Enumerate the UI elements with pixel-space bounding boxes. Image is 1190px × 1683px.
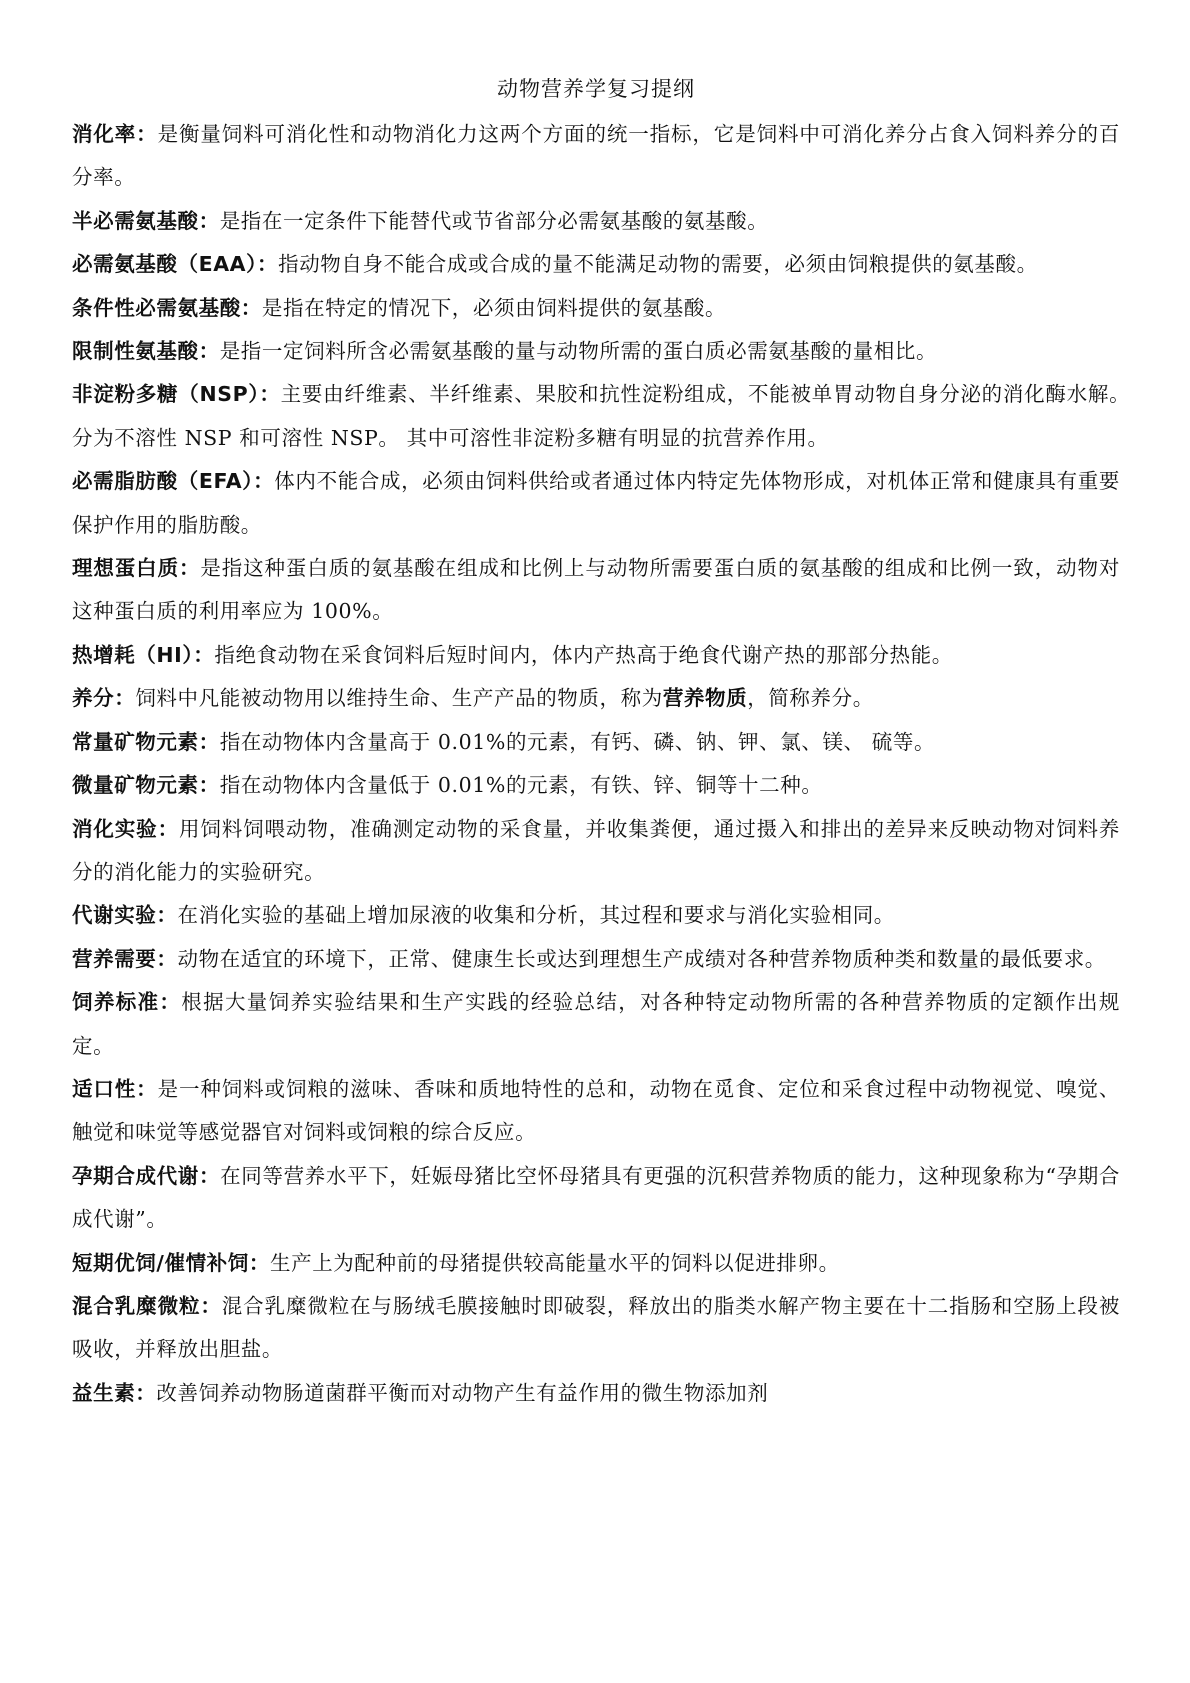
entry-digestion-trial: 消化实验：用饲料饲喂动物，准确测定动物的采食量，并收集粪便，通过摄入和排出的差异… — [72, 808, 1120, 895]
entry-conditionally-essential-amino-acid: 条件性必需氨基酸：是指在特定的情况下，必须由饲料提供的氨基酸。 — [72, 287, 1120, 330]
term-label: 非淀粉多糖（NSP）： — [72, 382, 281, 406]
entry-heat-increment: 热增耗（HI）：指绝食动物在采食饲料后短时间内，体内产热高于绝食代谢产热的那部分… — [72, 634, 1120, 677]
term-definition: 动物在适宜的环境下，正常、健康生长或达到理想生产成绩对各种营养物质种类和数量的最… — [178, 947, 1106, 971]
term-definition: 混合乳糜微粒在与肠绒毛膜接触时即破裂，释放出的脂类水解产物主要在十二指肠和空肠上… — [72, 1294, 1120, 1361]
term-definition: 根据大量饲养实验结果和生产实践的经验总结，对各种特定动物所需的各种营养物质的定额… — [72, 990, 1120, 1057]
entry-nutrient: 养分：饲料中凡能被动物用以维持生命、生产产品的物质，称为营养物质，简称养分。 — [72, 677, 1120, 720]
term-definition: 在同等营养水平下，妊娠母猪比空怀母猪具有更强的沉积营养物质的能力，这种现象称为“… — [72, 1164, 1120, 1231]
term-label: 孕期合成代谢： — [72, 1164, 220, 1188]
term-definition: 是指一定饲料所含必需氨基酸的量与动物所需的蛋白质必需氨基酸的量相比。 — [220, 339, 937, 363]
term-definition: 用饲料饲喂动物，准确测定动物的采食量，并收集粪便，通过摄入和排出的差异来反映动物… — [72, 817, 1120, 884]
entry-feeding-standard: 饲养标准：根据大量饲养实验结果和生产实践的经验总结，对各种特定动物所需的各种营养… — [72, 981, 1120, 1068]
term-emphasis: 营养物质 — [663, 686, 747, 710]
term-definition: 指绝食动物在采食饲料后短时间内，体内产热高于绝食代谢产热的那部分热能。 — [214, 643, 953, 667]
term-definition-tail: ，简称养分。 — [747, 686, 874, 710]
term-definition: 是指在一定条件下能替代或节省部分必需氨基酸的氨基酸。 — [220, 209, 769, 233]
entry-semi-essential-amino-acid: 半必需氨基酸：是指在一定条件下能替代或节省部分必需氨基酸的氨基酸。 — [72, 200, 1120, 243]
entry-digestibility: 消化率：是衡量饲料可消化性和动物消化力这两个方面的统一指标，它是饲料中可消化养分… — [72, 113, 1120, 200]
term-label: 微量矿物元素： — [72, 773, 220, 797]
entry-trace-minerals: 微量矿物元素：指在动物体内含量低于 0.01%的元素，有铁、锌、铜等十二种。 — [72, 764, 1120, 807]
term-definition: 饲料中凡能被动物用以维持生命、生产产品的物质，称为 — [135, 686, 663, 710]
term-label: 条件性必需氨基酸： — [72, 296, 262, 320]
term-label: 理想蛋白质： — [72, 556, 200, 580]
term-label: 营养需要： — [72, 947, 178, 971]
term-label: 必需氨基酸（EAA）： — [72, 252, 278, 276]
entry-flushing: 短期优饲/催情补饲：生产上为配种前的母猪提供较高能量水平的饲料以促进排卵。 — [72, 1242, 1120, 1285]
entry-probiotic: 益生素：改善饲养动物肠道菌群平衡而对动物产生有益作用的微生物添加剂 — [72, 1372, 1120, 1415]
term-label: 混合乳糜微粒： — [72, 1294, 222, 1318]
term-label: 代谢实验： — [72, 903, 178, 927]
entry-macro-minerals: 常量矿物元素：指在动物体内含量高于 0.01%的元素，有钙、磷、钠、钾、氯、镁、… — [72, 721, 1120, 764]
term-label: 必需脂肪酸（EFA）： — [72, 469, 274, 493]
document-page: 动物营养学复习提纲 消化率：是衡量饲料可消化性和动物消化力这两个方面的统一指标，… — [72, 74, 1120, 1415]
term-definition: 是一种饲料或饲粮的滋味、香味和质地特性的总和，动物在觅食、定位和采食过程中动物视… — [72, 1077, 1120, 1144]
term-definition: 是指在特定的情况下，必须由饲料提供的氨基酸。 — [262, 296, 726, 320]
term-label: 限制性氨基酸： — [72, 339, 220, 363]
entry-ideal-protein: 理想蛋白质：是指这种蛋白质的氨基酸在组成和比例上与动物所需要蛋白质的氨基酸的组成… — [72, 547, 1120, 634]
term-definition: 指在动物体内含量高于 0.01%的元素，有钙、磷、钠、钾、氯、镁、 硫等。 — [220, 730, 935, 754]
term-label: 适口性： — [72, 1077, 158, 1101]
entry-metabolism-trial: 代谢实验：在消化实验的基础上增加尿液的收集和分析，其过程和要求与消化实验相同。 — [72, 894, 1120, 937]
entry-non-starch-polysaccharide: 非淀粉多糖（NSP）：主要由纤维素、半纤维素、果胶和抗性淀粉组成，不能被单胃动物… — [72, 373, 1120, 460]
entry-mixed-micelle: 混合乳糜微粒：混合乳糜微粒在与肠绒毛膜接触时即破裂，释放出的脂类水解产物主要在十… — [72, 1285, 1120, 1372]
entry-palatability: 适口性：是一种饲料或饲粮的滋味、香味和质地特性的总和，动物在觅食、定位和采食过程… — [72, 1068, 1120, 1155]
term-label: 半必需氨基酸： — [72, 209, 220, 233]
entry-essential-fatty-acid: 必需脂肪酸（EFA）：体内不能合成，必须由饲料供给或者通过体内特定先体物形成，对… — [72, 460, 1120, 547]
term-definition: 指在动物体内含量低于 0.01%的元素，有铁、锌、铜等十二种。 — [220, 773, 823, 797]
term-definition: 是衡量饲料可消化性和动物消化力这两个方面的统一指标，它是饲料中可消化养分占食入饲… — [72, 122, 1120, 189]
term-definition: 生产上为配种前的母猪提供较高能量水平的饲料以促进排卵。 — [270, 1251, 840, 1275]
term-definition: 改善饲养动物肠道菌群平衡而对动物产生有益作用的微生物添加剂 — [156, 1381, 768, 1405]
entry-nutrient-requirement: 营养需要：动物在适宜的环境下，正常、健康生长或达到理想生产成绩对各种营养物质种类… — [72, 938, 1120, 981]
entry-pregnancy-anabolism: 孕期合成代谢：在同等营养水平下，妊娠母猪比空怀母猪具有更强的沉积营养物质的能力，… — [72, 1155, 1120, 1242]
term-definition: 指动物自身不能合成或合成的量不能满足动物的需要，必须由饲粮提供的氨基酸。 — [278, 252, 1038, 276]
term-label: 饲养标准： — [72, 990, 181, 1014]
entry-limiting-amino-acid: 限制性氨基酸：是指一定饲料所含必需氨基酸的量与动物所需的蛋白质必需氨基酸的量相比… — [72, 330, 1120, 373]
document-title: 动物营养学复习提纲 — [72, 74, 1120, 104]
term-definition: 在消化实验的基础上增加尿液的收集和分析，其过程和要求与消化实验相同。 — [178, 903, 895, 927]
term-label: 消化率： — [72, 122, 158, 146]
term-label: 养分： — [72, 686, 135, 710]
term-label: 消化实验： — [72, 817, 179, 841]
term-label: 短期优饲/催情补饲： — [72, 1251, 270, 1275]
entry-essential-amino-acid: 必需氨基酸（EAA）：指动物自身不能合成或合成的量不能满足动物的需要，必须由饲粮… — [72, 243, 1120, 286]
term-label: 常量矿物元素： — [72, 730, 220, 754]
term-definition: 是指这种蛋白质的氨基酸在组成和比例上与动物所需要蛋白质的氨基酸的组成和比例一致，… — [72, 556, 1120, 623]
term-label: 热增耗（HI）： — [72, 643, 214, 667]
term-label: 益生素： — [72, 1381, 156, 1405]
